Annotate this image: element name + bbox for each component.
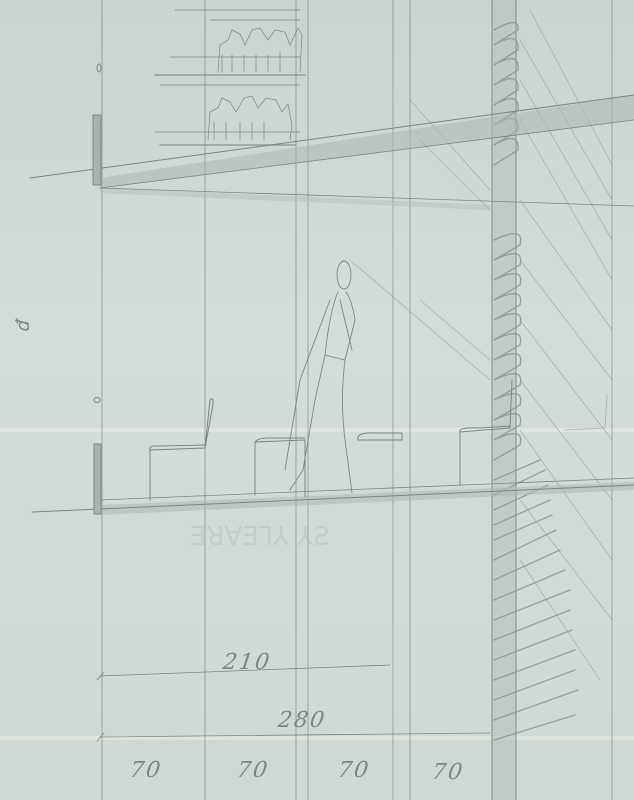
module-70-1: 70	[128, 758, 164, 783]
dimension-210: 210	[221, 650, 273, 675]
dimension-280: 280	[276, 708, 328, 733]
module-70-3: 70	[336, 758, 372, 783]
lower-floor	[32, 398, 634, 516]
pencil-drawing: ƎꓤⱯƎꓶ⅄ ⅄Ꙅ	[0, 0, 634, 800]
margin-scribble: ꝑ	[14, 319, 35, 332]
module-70-2: 70	[235, 758, 271, 783]
ghost-lettering: ƎꓤⱯƎꓶ⅄ ⅄Ꙅ	[190, 522, 330, 552]
audience-tiers	[155, 10, 305, 145]
walking-figure	[285, 261, 355, 493]
module-70-4: 70	[430, 760, 466, 785]
sketch-sheet: ƎꓤⱯƎꓶ⅄ ⅄Ꙅ 210 280 70 70 70 70 ꝑ	[0, 0, 634, 800]
upper-slab	[30, 64, 634, 210]
